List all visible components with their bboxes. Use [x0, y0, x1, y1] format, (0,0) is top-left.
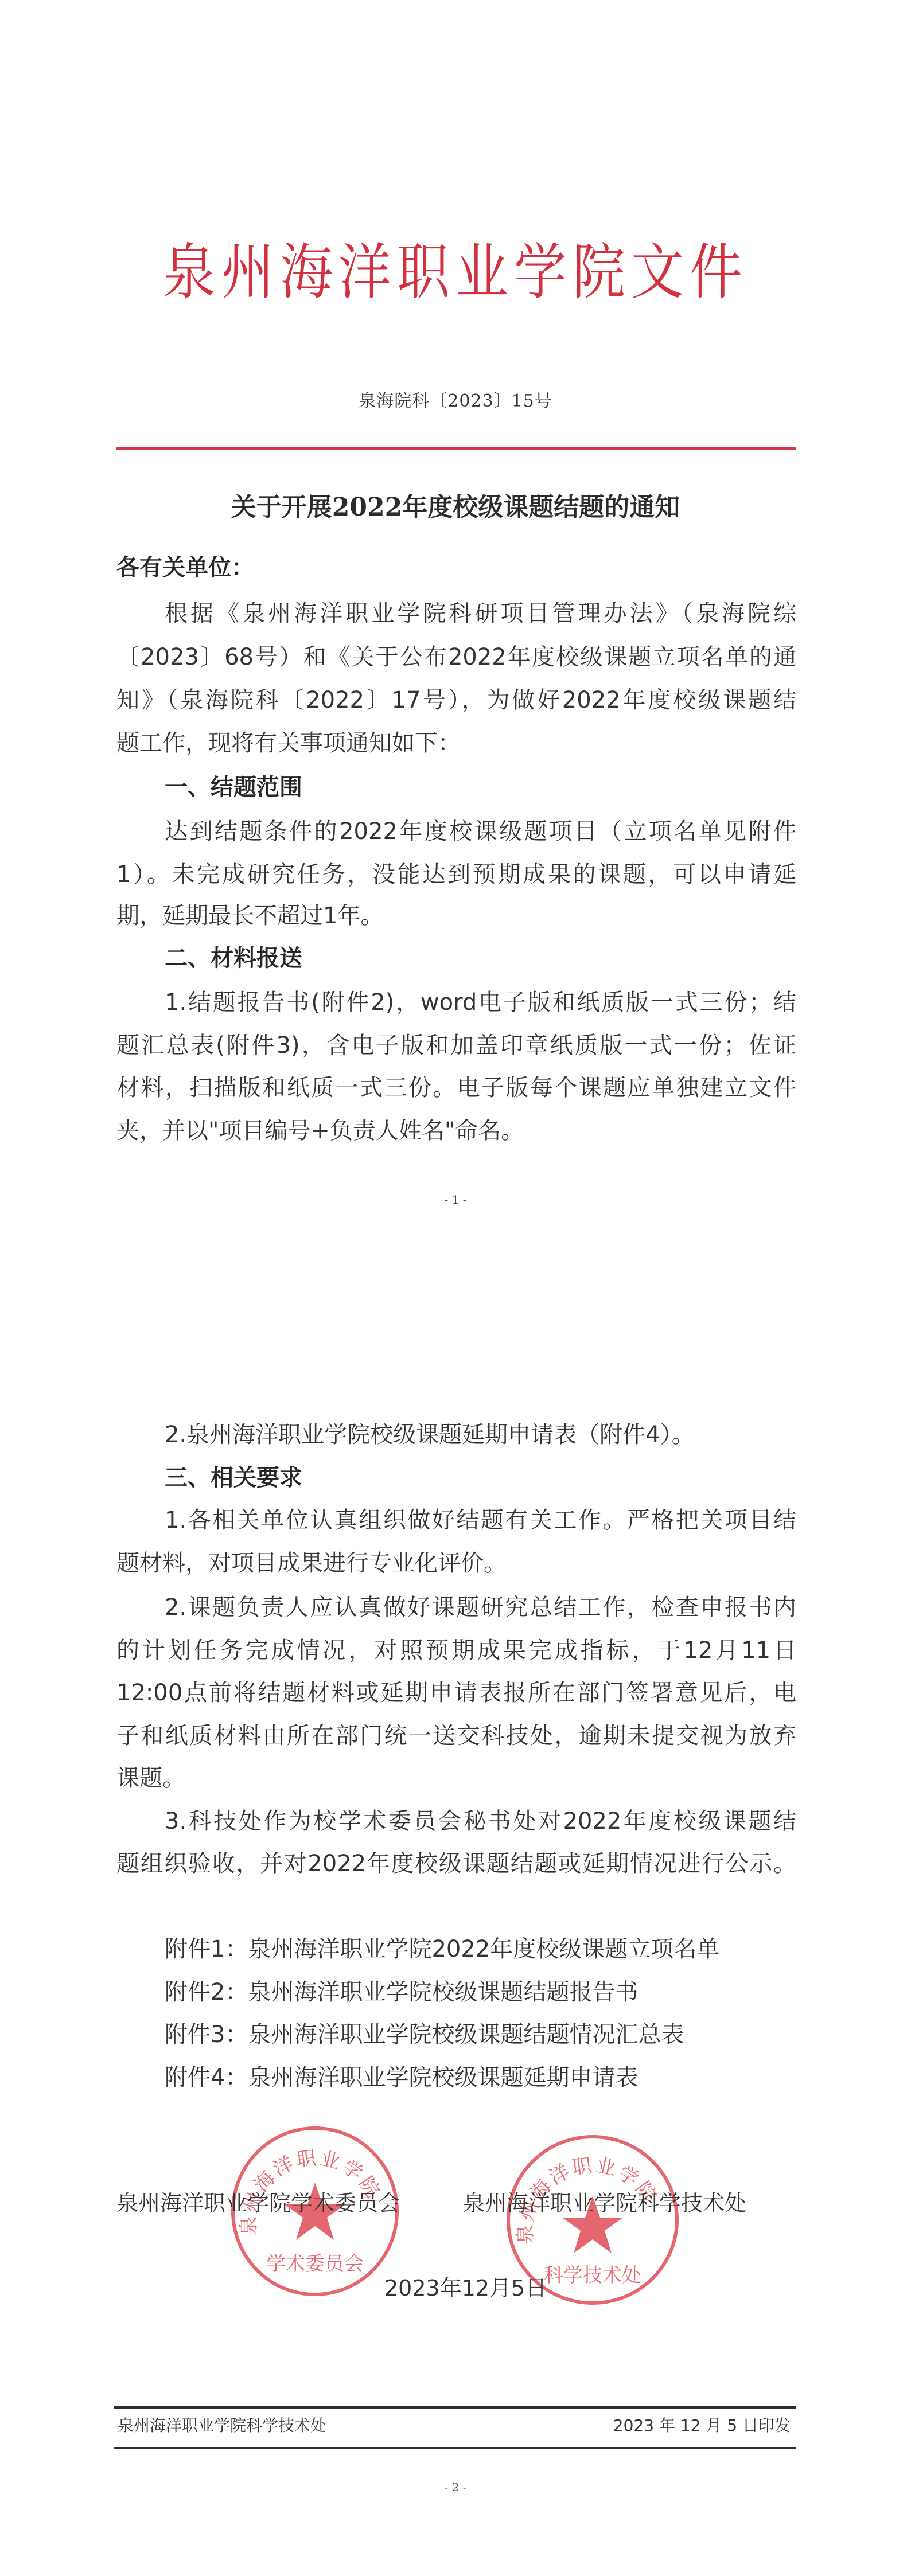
body-line: 〔2023〕68号）和《关于公布2022年度校级课题立项名单的通 [116, 640, 796, 674]
body-line: 12:00点前将结题材料或延期申请表报所在部门签署意见后，电 [116, 1676, 796, 1710]
body-line: 课题。 [116, 1761, 796, 1796]
body-line: 根据《泉州海洋职业学院科研项目管理办法》（泉海院综 [165, 596, 796, 631]
body-line: 1.各相关单位认真组织做好结题有关工作。严格把关项目结 [165, 1503, 796, 1537]
document-number: 泉海院科〔2023〕15号 [0, 389, 911, 414]
body-line: 1.结题报告书(附件2)，word电子版和纸质版一式三份；结 [165, 985, 796, 1020]
body-line: 达到结题条件的2022年度校课级题项目（立项名单见附件 [165, 814, 796, 849]
issuer-title: 泉州海洋职业学院文件 [0, 227, 911, 319]
body-line: 的计划任务完成情况，对照预期成果完成指标，于12月11日 [116, 1633, 796, 1668]
body-line: 题材料，对项目成果进行专业化评价。 [116, 1546, 796, 1580]
signature-date: 2023年12月5日 [384, 2271, 547, 2305]
footer-top-rule [114, 2406, 796, 2409]
body-line: 夹，并以"项目编号+负责人姓名"命名。 [116, 1114, 796, 1148]
seal-inner-text: 科学技术处 [544, 2264, 641, 2287]
attachment-item-1: 附件1：泉州海洋职业学院2022年度校级课题立项名单 [165, 1932, 796, 1966]
document-title: 关于开展2022年度校级课题结题的通知 [0, 487, 911, 528]
body-line: 2.课题负责人应认真做好课题研究总结工作，检查申报书内 [165, 1590, 796, 1625]
body-line: 知》（泉海院科〔2022〕17号），为做好2022年度校级课题结 [116, 683, 796, 717]
attachment-item-3: 附件3：泉州海洋职业学院校级课题结题情况汇总表 [165, 2017, 796, 2052]
footer-issuing-office: 泉州海洋职业学院科学技术处 [118, 2414, 326, 2437]
body-line: 3.科技处作为校学术委员会秘书处对2022年度校级课题结 [165, 1804, 796, 1839]
page-number-1: - 1 - [0, 1191, 911, 1208]
section-heading-scope: 一、结题范围 [165, 770, 796, 805]
body-line: 材料，扫描版和纸质一式三份。电子版每个课题应单独建立文件 [116, 1071, 796, 1105]
signatories-line: 泉州海洋职业学院学术委员会 泉州海洋职业学院科学技术处 [116, 2186, 796, 2220]
body-line: 2.泉州海洋职业学院校级课题延期申请表（附件4）。 [165, 1418, 796, 1452]
footer-bottom-rule [114, 2447, 796, 2449]
body-line: 题组织验收，并对2022年度校级课题结题或延期情况进行公示。 [116, 1847, 796, 1881]
footer-print-date: 2023 年 12 月 5 日印发 [613, 2414, 791, 2437]
signatory-office: 泉州海洋职业学院科学技术处 [463, 2186, 746, 2220]
body-line: 题工作，现将有关事项通知如下： [116, 726, 796, 760]
section-heading-requirements: 三、相关要求 [165, 1461, 796, 1495]
page-number-2: - 2 - [0, 2479, 911, 2496]
seal-inner-text: 学术委员会 [266, 2253, 364, 2276]
body-line: 1）。未完成研究任务，没能达到预期成果的课题，可以申请延 [116, 857, 796, 892]
section-heading-materials: 二、材料报送 [165, 941, 796, 975]
body-line: 题汇总表(附件3)，含电子版和加盖印章纸质版一式一份；佐证 [116, 1028, 796, 1063]
salutation: 各有关单位： [116, 551, 796, 585]
body-line: 期，延期最长不超过1年。 [116, 899, 796, 933]
attachment-item-2: 附件2：泉州海洋职业学院校级课题结题报告书 [165, 1975, 796, 2009]
attachment-item-4: 附件4：泉州海洋职业学院校级课题延期申请表 [165, 2060, 796, 2095]
body-line: 子和纸质材料由所在部门统一送交科技处，逾期未提交视为放弃 [116, 1719, 796, 1753]
signatory-committee: 泉州海洋职业学院学术委员会 [116, 2186, 400, 2220]
red-header-rule [116, 447, 796, 450]
